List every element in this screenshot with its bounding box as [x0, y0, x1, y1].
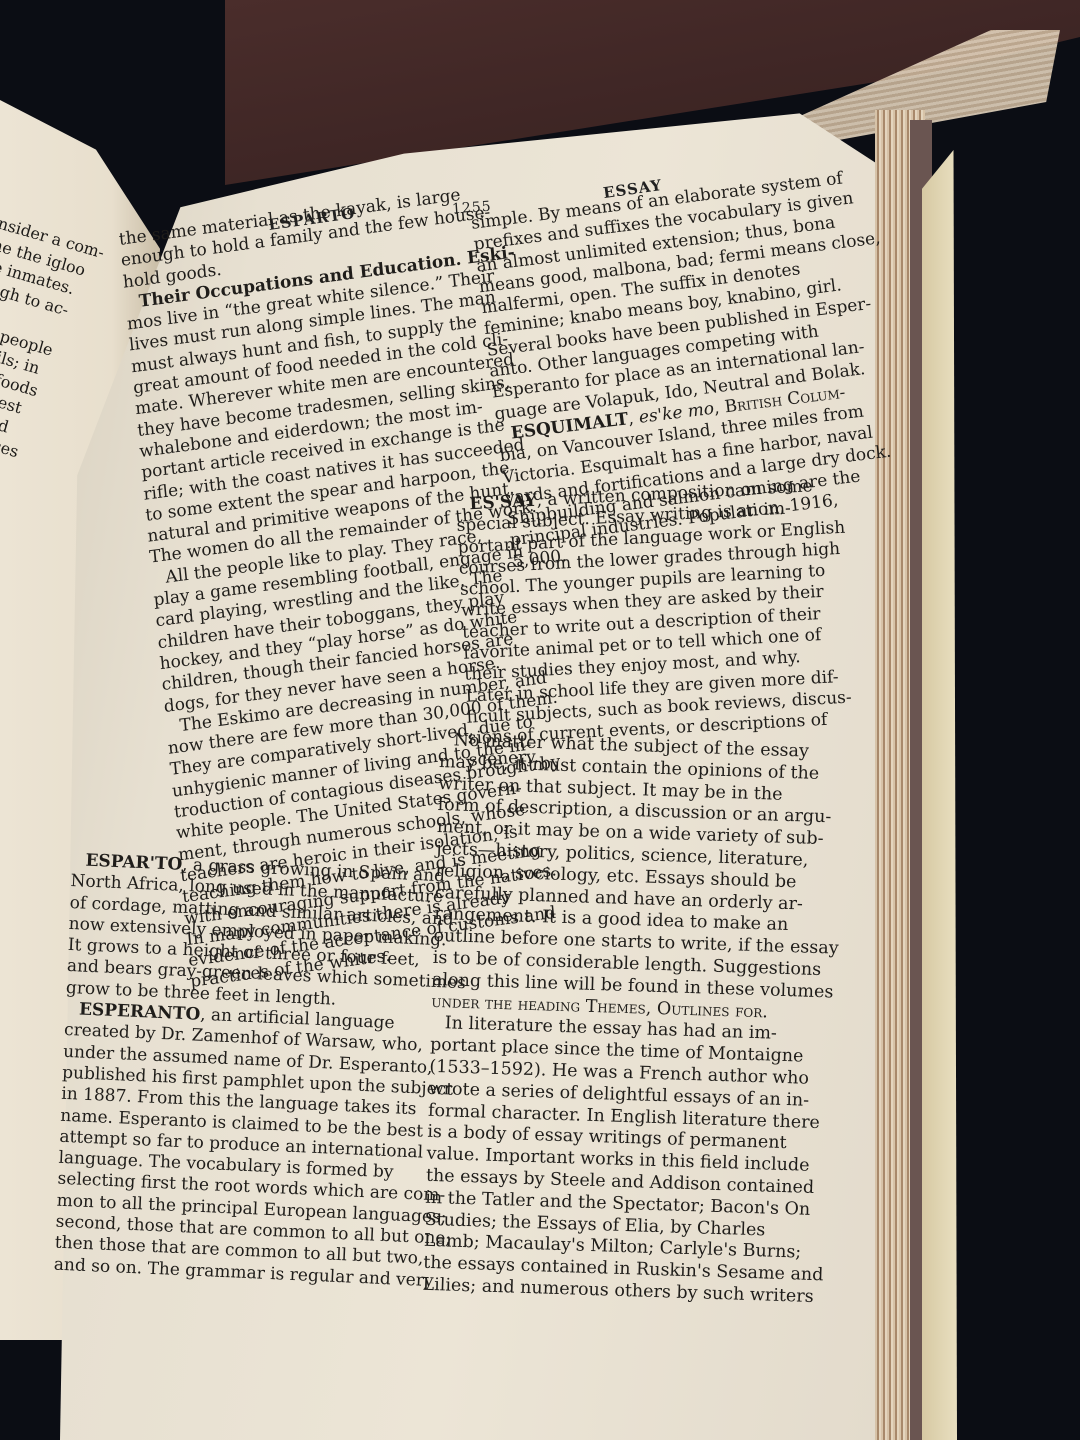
headword-essay: ES'SAY: [469, 491, 537, 514]
gilt-page-edge: [922, 150, 957, 1440]
entry-esparto: ESPAR'TO, a grass growing in Spain and N…: [65, 850, 411, 1014]
headword-esparto: ESPAR'TO: [85, 851, 183, 875]
left-column-entries: ESPAR'TO, a grass growing in Spain and N…: [53, 850, 411, 1290]
essay-paragraph-3: In literature the essay has had an im- p…: [422, 1013, 831, 1309]
essay-paragraphs: No matter what the subject of the essay …: [422, 730, 840, 1309]
entry-essay: ES'SAY, a written composition on some sp…: [455, 475, 849, 771]
essay-paragraph-2: No matter what the subject of the essay …: [431, 730, 840, 1026]
entry-esperanto: ESPERANTO, an artificial language create…: [53, 999, 405, 1290]
